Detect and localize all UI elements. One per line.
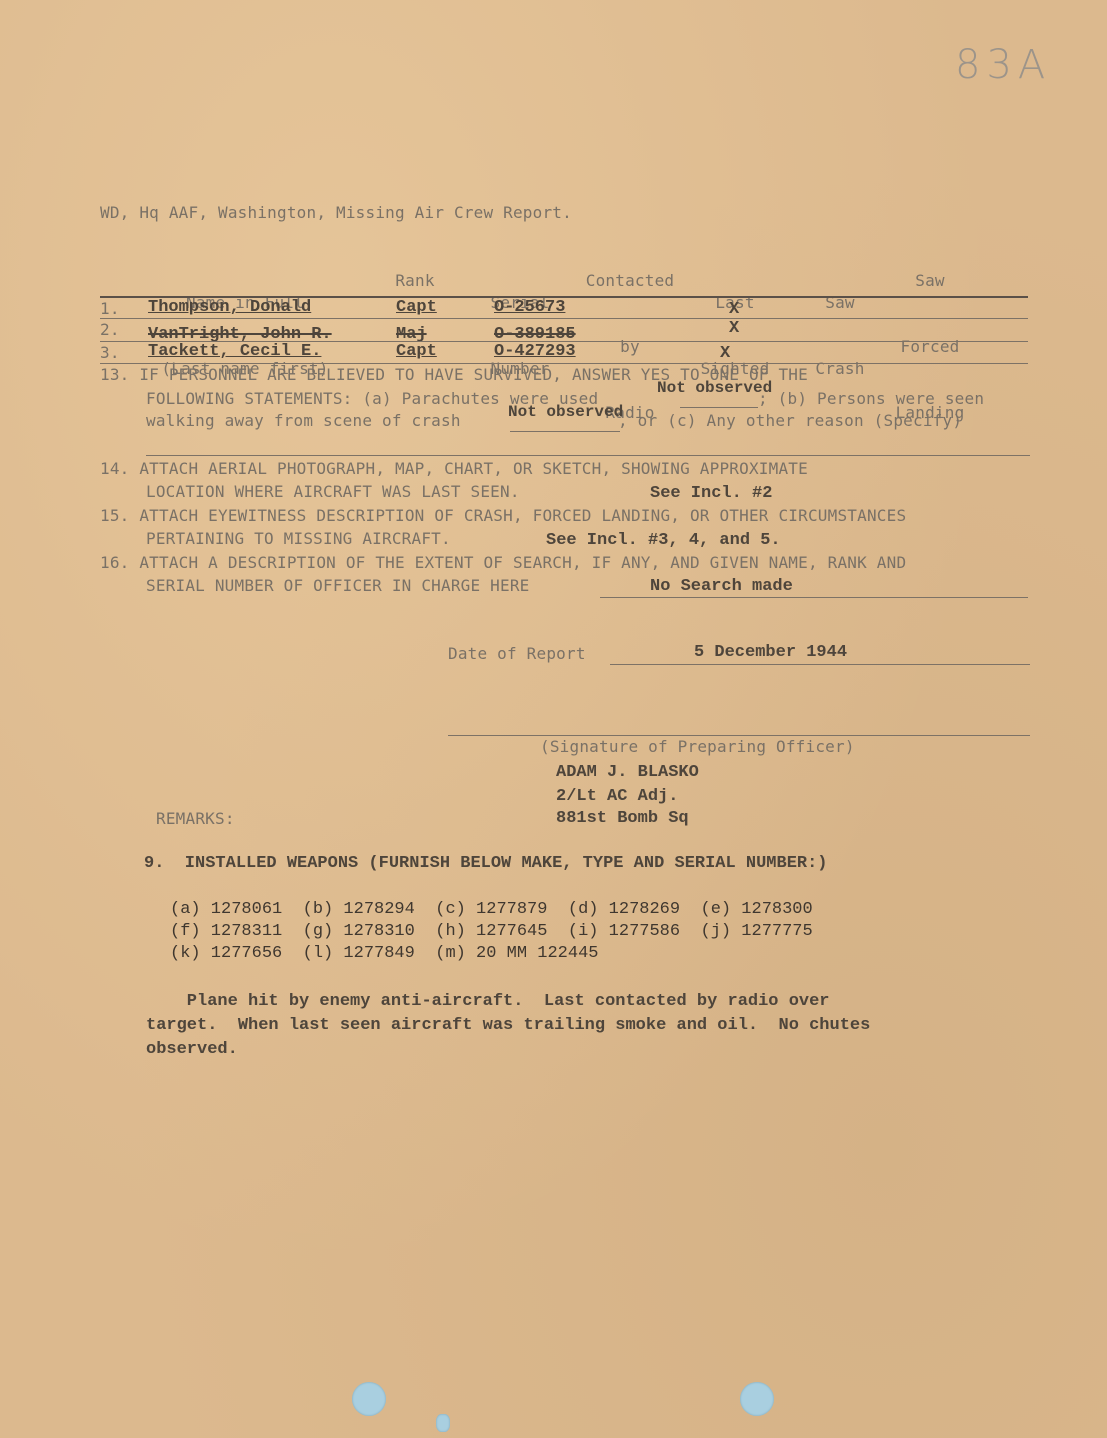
last-sighted-mark: X (729, 319, 739, 338)
narrative-line: observed. (146, 1040, 238, 1059)
item-14-answer: See Incl. #2 (650, 484, 772, 503)
row-number: 3. (100, 343, 120, 362)
weapons-row: (k) 1277656 (l) 1277849 (m) 20 MM 122445 (170, 944, 598, 963)
binder-hole-right (740, 1382, 774, 1416)
weapons-heading: 9. INSTALLED WEAPONS (FURNISH BELOW MAKE… (144, 854, 828, 873)
page-number-pencil: 83A (955, 42, 1051, 88)
crew-serial: O-25673 (494, 298, 565, 317)
crew-name: Tackett, Cecil E. (148, 342, 321, 361)
item-14-line-1: 14. ATTACH AERIAL PHOTOGRAPH, MAP, CHART… (100, 459, 808, 478)
item-15-line-1: 15. ATTACH EYEWITNESS DESCRIPTION OF CRA… (100, 506, 906, 525)
narrative-line: target. When last seen aircraft was trai… (146, 1016, 870, 1035)
row-rule (100, 318, 1028, 319)
item-13-line-3b: , or (c) Any other reason (Specify) (618, 411, 962, 430)
last-sighted-mark: X (729, 300, 739, 319)
binder-hole-left (352, 1382, 386, 1416)
answer-a-rule (680, 407, 758, 408)
last-sighted-mark: X (720, 344, 730, 363)
date-rule (610, 664, 1030, 665)
weapons-row: (f) 1278311 (g) 1278310 (h) 1277645 (i) … (170, 922, 813, 941)
item-16-rule (600, 597, 1028, 598)
report-title: WD, Hq AAF, Washington, Missing Air Crew… (100, 203, 572, 222)
narrative-line: Plane hit by enemy anti-aircraft. Last c… (146, 992, 830, 1011)
specify-rule (146, 455, 1030, 456)
row-rule (100, 363, 1028, 364)
weapons-row: (a) 1278061 (b) 1278294 (c) 1277879 (d) … (170, 900, 813, 919)
item-13-line-3a: walking away from scene of crash (146, 411, 461, 430)
col-rank-header: Rank (385, 270, 445, 292)
officer-rank: 2/Lt AC Adj. (556, 787, 678, 806)
date-label: Date of Report (448, 644, 586, 663)
item-16-line-1: 16. ATTACH A DESCRIPTION OF THE EXTENT O… (100, 553, 906, 572)
crew-rank: Capt (396, 342, 437, 361)
item-13-line-2b: ; (b) Persons were seen (758, 389, 984, 408)
paper-tear (436, 1414, 450, 1432)
crew-serial: O-427293 (494, 342, 576, 361)
item-15-line-2: PERTAINING TO MISSING AIRCRAFT. (146, 529, 451, 548)
item-15-answer: See Incl. #3, 4, and 5. (546, 531, 781, 550)
officer-unit: 881st Bomb Sq (556, 809, 689, 828)
parachutes-answer: Not observed (657, 379, 772, 397)
officer-name: ADAM J. BLASKO (556, 763, 699, 782)
signature-caption: (Signature of Preparing Officer) (540, 737, 855, 756)
crew-name: Thompson, Donald (148, 298, 311, 317)
remarks-label: REMARKS: (156, 809, 235, 828)
item-14-line-2: LOCATION WHERE AIRCRAFT WAS LAST SEEN. (146, 482, 520, 501)
date-value: 5 December 1944 (694, 643, 847, 662)
item-16-answer: No Search made (650, 577, 793, 596)
col-forced-header: Saw Forced Landing (885, 226, 975, 468)
signature-rule (448, 735, 1030, 736)
row-number: 2. (100, 320, 120, 339)
item-16-line-2: SERIAL NUMBER OF OFFICER IN CHARGE HERE (146, 576, 529, 595)
crew-rank: Capt (396, 298, 437, 317)
row-number: 1. (100, 299, 120, 318)
walking-away-answer: Not observed (508, 403, 623, 421)
answer-b-rule (510, 431, 620, 432)
